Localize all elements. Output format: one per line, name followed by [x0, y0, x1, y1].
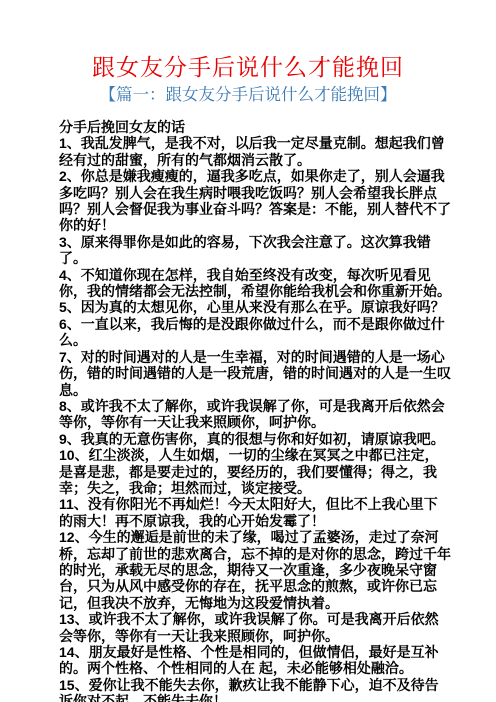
- body-paragraphs: 1、我乱发脾气，是我不对，以后我一定尽量克制。想起我们曾经有过的甜蜜，所有的气都…: [59, 135, 451, 702]
- body-paragraph: 15、爱你让我不能失去你，歉疚让我不能静下心，迫不及待告诉你对不起，不能失去你！: [59, 677, 451, 702]
- body-paragraph: 13、或许我不太了解你，或许我误解了你。可是我离开后依然会等你，等你有一天让我来…: [59, 611, 451, 644]
- body-paragraph: 10、红尘淡淡，人生如烟，一切的尘缘在冥冥之中都已注定，是喜是悲，都是要走过的，…: [59, 447, 451, 496]
- body-paragraph: 11、没有你阳光不再灿烂！今天太阳好大，但比不上我心里下的雨大！再不原谅我，我的…: [59, 496, 451, 529]
- document-page: 跟女友分手后说什么才能挽回 【篇一：跟女友分手后说什么才能挽回】 分手后挽回女友…: [0, 0, 496, 702]
- body-paragraph: 9、我真的无意伤害你，真的很想与你和好如初，请原谅我吧。: [59, 431, 451, 447]
- body-paragraph: 5、因为真的太想见你，心里从来没有那么在乎。原谅我好吗？: [59, 299, 451, 315]
- body-text: 分手后挽回女友的话 1、我乱发脾气，是我不对，以后我一定尽量克制。想起我们曾经有…: [59, 119, 451, 702]
- body-paragraph: 12、今生的邂逅是前世的未了缘，喝过了孟婆汤，走过了奈河桥，忘却了前世的悲欢离合…: [59, 529, 451, 611]
- document-title: 跟女友分手后说什么才能挽回: [0, 0, 496, 82]
- body-paragraph: 6、一直以来，我后悔的是没跟你做过什么，而不是跟你做过什么。: [59, 316, 451, 349]
- body-paragraph: 8、或许我不太了解你，或许我误解了你，可是我离开后依然会等你，等你有一天让我来照…: [59, 398, 451, 431]
- body-paragraph: 14、朋友最好是性格、个性是相同的，但做情侣，最好是互补的。两个性格、个性相同的…: [59, 644, 451, 677]
- section-heading: 【篇一：跟女友分手后说什么才能挽回】: [0, 82, 496, 105]
- body-lead: 分手后挽回女友的话: [59, 119, 451, 135]
- body-paragraph: 1、我乱发脾气，是我不对，以后我一定尽量克制。想起我们曾经有过的甜蜜，所有的气都…: [59, 135, 451, 168]
- body-paragraph: 2、你总是嫌我瘦瘦的，逼我多吃点，如果你走了，别人会逼我多吃吗？别人会在我生病时…: [59, 168, 451, 234]
- body-paragraph: 3、原来得罪你是如此的容易，下次我会注意了。这次算我错了。: [59, 234, 451, 267]
- body-paragraph: 4、不知道你现在怎样，我自始至终没有改变，每次听见看见你，我的情绪都会无法控制，…: [59, 267, 451, 300]
- body-paragraph: 7、对的时间遇对的人是一生幸福，对的时间遇错的人是一场心伤，错的时间遇错的人是一…: [59, 349, 451, 398]
